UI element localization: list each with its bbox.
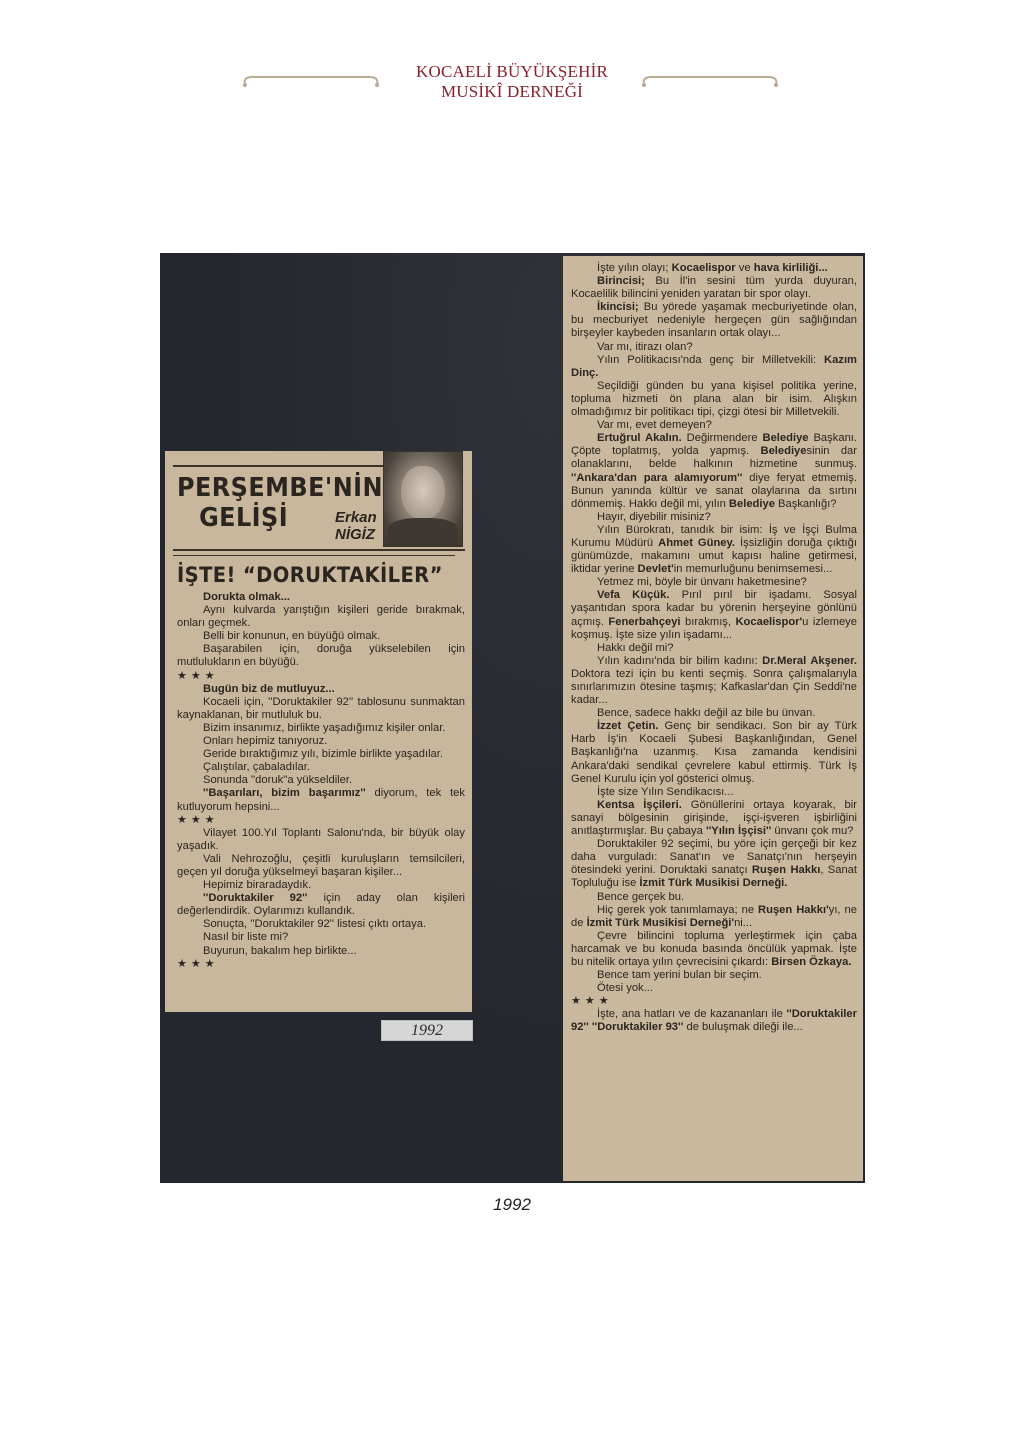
article-paragraph: Birincisi; Bu İl'in sesini tüm yurda duy… [571, 275, 857, 301]
article-paragraph: Hakkı değil mi? [571, 642, 857, 655]
article-paragraph: Hiç gerek yok tanımlamaya; ne Ruşen Hakk… [571, 904, 857, 930]
section-separator: ★★★ [571, 995, 857, 1008]
article-paragraph: Geride bıraktığımız yılı, bizimle birlik… [177, 748, 465, 761]
article-paragraph: Aynı kulvarda yarıştığın kişileri geride… [177, 604, 465, 630]
divider [173, 465, 383, 467]
article-paragraph: Vali Nehrozoğlu, çeşitli kuruluşların te… [177, 853, 465, 879]
article-paragraph: Belli bir konunun, en büyüğü olmak. [177, 630, 465, 643]
article-paragraph: Buyurun, bakalım hep birlikte... [177, 945, 465, 958]
article-paragraph: İzzet Çetin. Genç bir sendikacı. Son bir… [571, 720, 857, 785]
article-paragraph: Çalıştılar, çabaladılar. [177, 761, 465, 774]
article-paragraph: Nasıl bir liste mi? [177, 931, 465, 944]
page-header: KOCAELİ BÜYÜKŞEHİR MUSİKÎ DERNEĞİ [0, 60, 1024, 110]
article-body-left: Dorukta olmak...Aynı kulvarda yarıştığın… [177, 591, 465, 971]
article-paragraph: Bence, sadece hakkı değil az bile bu ünv… [571, 707, 857, 720]
article-paragraph: ''Doruktakiler 92'' için aday olan kişil… [177, 892, 465, 918]
article-paragraph: İşte yılın olayı; Kocaelispor ve hava ki… [571, 262, 857, 275]
article-paragraph: Ötesi yok... [571, 982, 857, 995]
page-caption: 1992 [0, 1195, 1024, 1215]
article-paragraph: Sonunda ''doruk''a yükseldiler. [177, 774, 465, 787]
byline: Erkan NİGİZ [335, 509, 377, 543]
article-paragraph: Bizim insanımız, birlikte yaşadığımız ki… [177, 722, 465, 735]
article-paragraph: Çevre bilincini topluma yerleştirmek içi… [571, 930, 857, 969]
organization-title-line2: MUSİKÎ DERNEĞİ [362, 82, 662, 102]
article-paragraph: Vefa Küçük. Pırıl pırıl bir işadamı. Sos… [571, 589, 857, 641]
organization-title-line1: KOCAELİ BÜYÜKŞEHİR [362, 62, 662, 82]
article-paragraph: Dorukta olmak... [177, 591, 465, 604]
article-paragraph: Vilayet 100.Yıl Toplantı Salonu'nda, bir… [177, 827, 465, 853]
article-paragraph: Doruktakiler 92 seçimi, bu yöre için ger… [571, 838, 857, 890]
article-paragraph: Bence tam yerini bulan bir seçim. [571, 969, 857, 982]
article-paragraph: Sonuçta, ''Doruktakiler 92'' listesi çık… [177, 918, 465, 931]
column-title-line1: PERŞEMBE'NİN [177, 473, 383, 503]
article-paragraph: Onları hepimiz tanıyoruz. [177, 735, 465, 748]
article-paragraph: Var mı, itirazı olan? [571, 341, 857, 354]
article-paragraph: Kocaeli için, ''Doruktakiler 92'' tablos… [177, 696, 465, 722]
article-paragraph: Yetmez mi, böyle bir ünvanı haketmesine? [571, 576, 857, 589]
portrait-face-icon [401, 466, 445, 520]
article-paragraph: ''Başarıları, bizim başarımız'' diyorum,… [177, 787, 465, 813]
newspaper-clipping-left: PERŞEMBE'NİN GELİŞİ Erkan NİGİZ İŞTE! “D… [165, 451, 472, 1012]
article-paragraph: Bence gerçek bu. [571, 891, 857, 904]
article-paragraph: Var mı, evet demeyen? [571, 419, 857, 432]
section-separator: ★★★ [177, 814, 465, 827]
portrait-shoulders [388, 518, 458, 546]
organization-title: KOCAELİ BÜYÜKŞEHİR MUSİKÎ DERNEĞİ [362, 62, 662, 102]
article-paragraph: Seçildiği günden bu yana kişisel politik… [571, 380, 857, 419]
article-title: İŞTE! “DORUKTAKİLER” [177, 563, 443, 587]
author-last-name: NİGİZ [335, 526, 377, 543]
article-paragraph: Hayır, diyebilir misiniz? [571, 511, 857, 524]
article-paragraph: Hepimiz biraradaydık. [177, 879, 465, 892]
article-paragraph: Ertuğrul Akalın. Değirmendere Belediye B… [571, 432, 857, 511]
article-paragraph: Yılın Politikacısı'nda genç bir Milletve… [571, 354, 857, 380]
article-paragraph: Yılın kadını'nda bir bilim kadını: Dr.Me… [571, 655, 857, 707]
divider [173, 555, 455, 556]
section-separator: ★★★ [177, 670, 465, 683]
ornament-right-icon [640, 74, 780, 88]
author-first-name: Erkan [335, 509, 377, 526]
ornament-left-icon [241, 74, 381, 88]
article-paragraph: İkincisi; Bu yörede yaşamak mecburiyetin… [571, 301, 857, 340]
article-paragraph: Kentsa İşçileri. Gönüllerini ortaya koya… [571, 799, 857, 838]
article-paragraph: İşte, ana hatları ve de kazananları ile … [571, 1008, 857, 1034]
author-photo [383, 451, 463, 547]
divider [173, 549, 465, 551]
year-label: 1992 [381, 1020, 473, 1041]
section-separator: ★★★ [177, 958, 465, 971]
newspaper-clipping-right: İşte yılın olayı; Kocaelispor ve hava ki… [563, 256, 863, 1181]
article-paragraph: Bugün biz de mutluyuz... [177, 683, 465, 696]
article-paragraph: İşte size Yılın Sendikacısı... [571, 786, 857, 799]
article-body-right: İşte yılın olayı; Kocaelispor ve hava ki… [571, 262, 857, 1035]
article-paragraph: Başarabilen için, doruğa yükselebilen iç… [177, 643, 465, 669]
article-paragraph: Yılın Bürokratı, tanıdık bir isim: İş ve… [571, 524, 857, 576]
